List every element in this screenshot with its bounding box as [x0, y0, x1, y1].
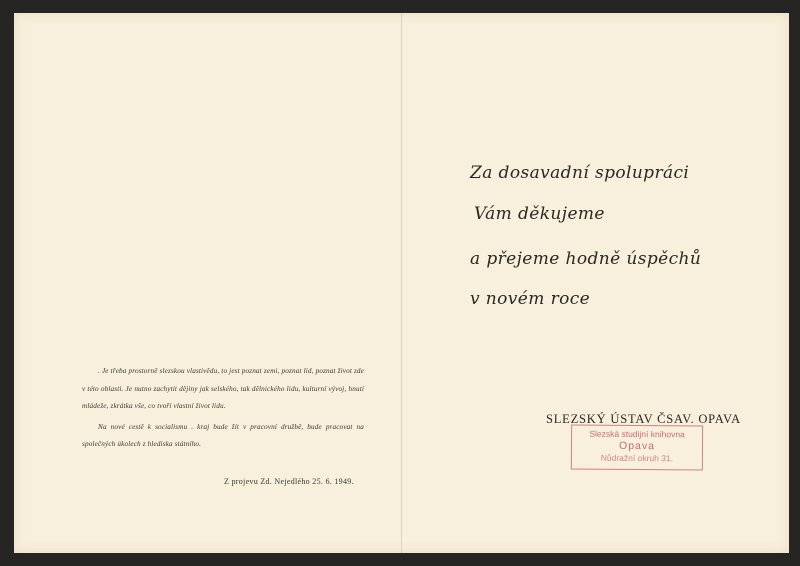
quote-paragraph-2: Na nové cestě k socialismu . kraj bude ž…: [82, 419, 364, 454]
greeting-line-4: v novém roce: [470, 289, 590, 309]
quote-block: . Je třeba prostorně slezskou vlastivědu…: [82, 363, 364, 454]
stamp-line-1: Slezská studijní knihovna: [572, 429, 702, 441]
stamp-line-3: Nůdražní okruh 31.: [572, 453, 702, 465]
greeting-line-3: a přejeme hodně úspěchů: [470, 249, 701, 269]
greeting-line-2: Vám děkujeme: [474, 204, 605, 224]
stamp-line-2: Opava: [572, 440, 702, 454]
quote-paragraph-1: . Je třeba prostorně slezskou vlastivědu…: [82, 363, 364, 416]
greeting-line-1: Za dosavadní spolupráci: [470, 163, 689, 183]
center-fold: [401, 13, 402, 553]
library-stamp: Slezská studijní knihovna Opava Nůdražní…: [571, 425, 703, 471]
quote-attribution: Z projevu Zd. Nejedlého 25. 6. 1949.: [224, 477, 354, 486]
document-paper: . Je třeba prostorně slezskou vlastivědu…: [14, 13, 789, 553]
